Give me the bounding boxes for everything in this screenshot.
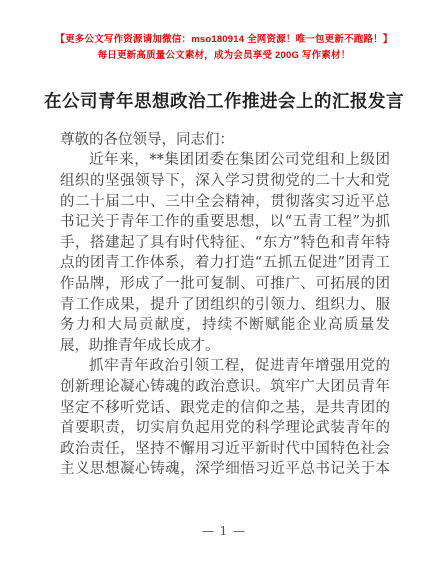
page-number: — 1 — <box>0 524 448 538</box>
body-paragraph-2: 抓牢青年政治引领工程，促进青年增强用党的创新理论凝心铸魂的政治意识。筑牢广大团员… <box>60 356 390 477</box>
document-body: 尊敬的各位领导，同志们： 近年来，**集团团委在集团公司党组和上级团组织的坚强领… <box>60 130 390 478</box>
ad-banner-line2: 每日更新高质量公文素材，成为会员享受 200G 写作素材！ <box>0 51 448 62</box>
ad-banner-line1: 【更多公文写作资源请加微信：mso180914 全网资源！唯一包更新不跑路！】 <box>0 35 448 46</box>
document-title: 在公司青年思想政治工作推进会上的汇报发言 <box>0 88 448 113</box>
document-page: 【更多公文写作资源请加微信：mso180914 全网资源！唯一包更新不跑路！】 … <box>0 0 448 580</box>
salutation-line: 尊敬的各位领导，同志们： <box>60 130 390 151</box>
ad-banner: 【更多公文写作资源请加微信：mso180914 全网资源！唯一包更新不跑路！】 … <box>0 0 448 62</box>
body-paragraph-1: 近年来，**集团团委在集团公司党组和上级团组织的坚强领导下，深入学习贯彻党的二十… <box>60 150 390 356</box>
